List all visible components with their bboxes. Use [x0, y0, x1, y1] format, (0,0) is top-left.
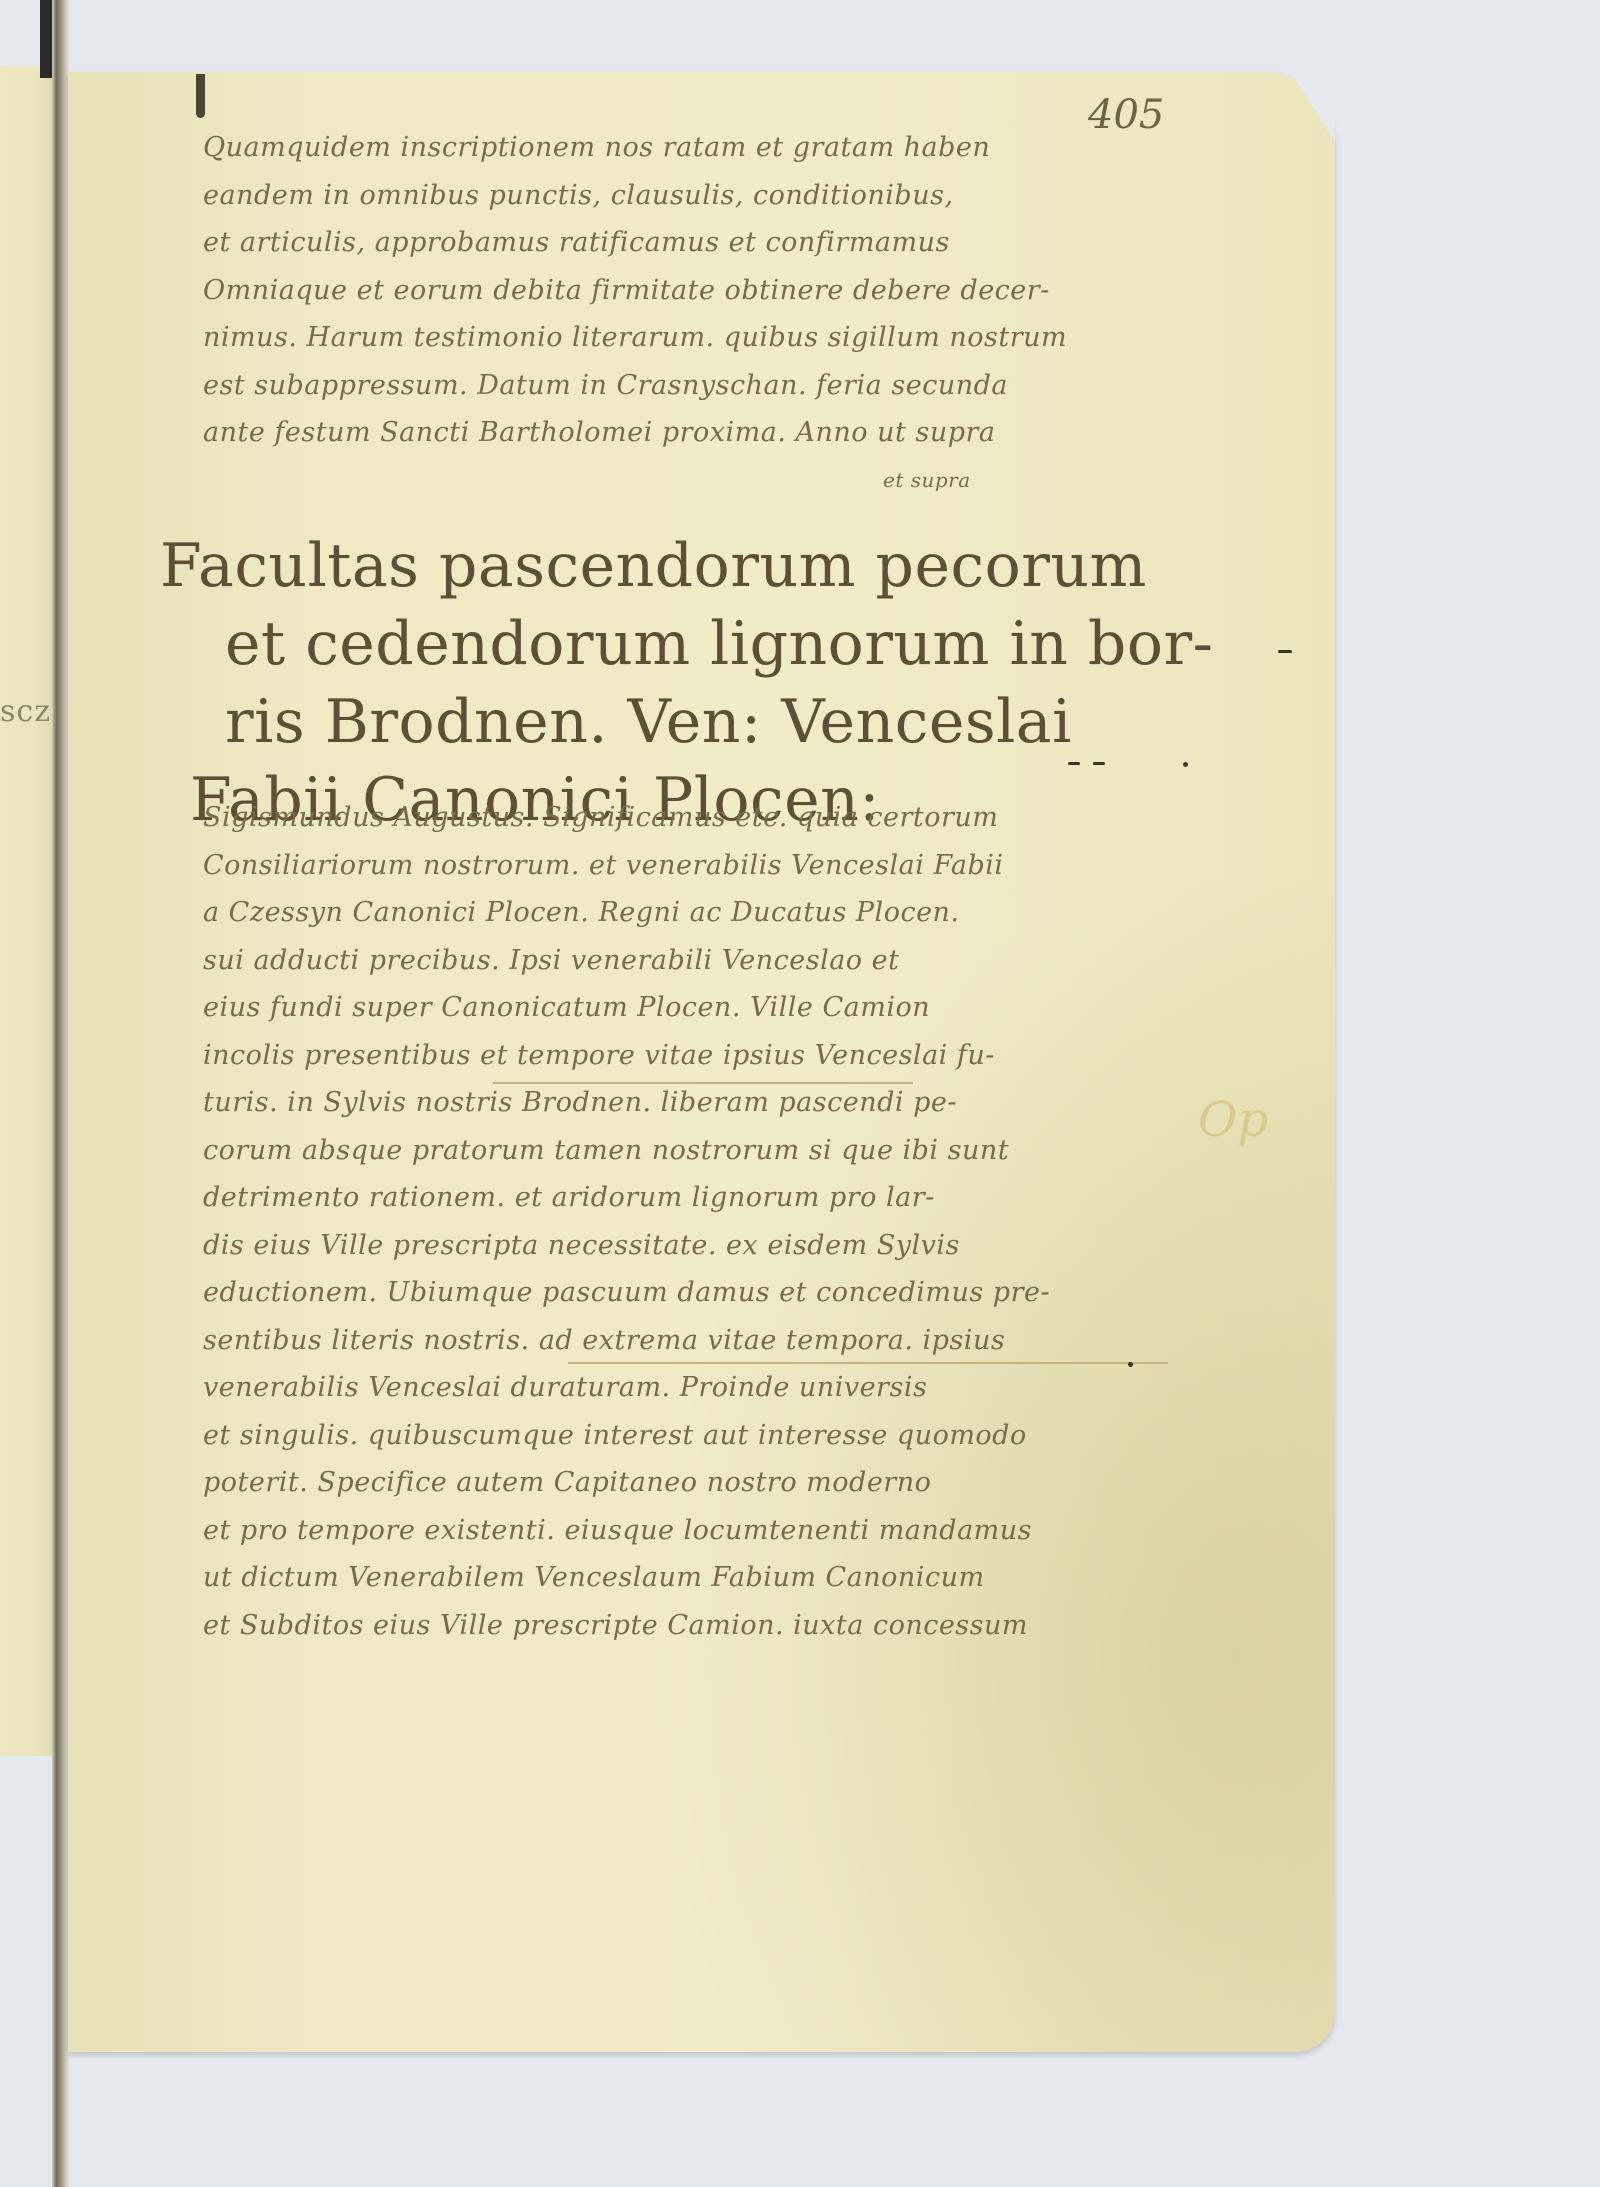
margin-dash: [1278, 650, 1292, 653]
text-line: a Czessyn Canonici Plocen. Regni ac Duca…: [203, 889, 1203, 937]
margin-dot: [1183, 762, 1188, 767]
text-line: ut dictum Venerabilem Venceslaum Fabium …: [203, 1554, 1203, 1602]
text-line: et Subditos eius Ville prescripte Camion…: [203, 1602, 1203, 1650]
text-line: corum absque pratorum tamen nostrorum si…: [203, 1127, 1203, 1175]
text-line: detrimento rationem. et aridorum lignoru…: [203, 1174, 1203, 1222]
marginal-note: Op: [1198, 1092, 1268, 1148]
text-line: et pro tempore existenti. eiusque locumt…: [203, 1507, 1203, 1555]
text-line: Omniaque et eorum debita firmitate obtin…: [203, 267, 1203, 315]
manuscript-page: 405 Quamquidem inscriptionem nos ratam e…: [68, 72, 1335, 2052]
ink-mark: [196, 74, 205, 118]
margin-dot: [1128, 1362, 1133, 1367]
text-line-supra: et supra: [203, 457, 1203, 505]
text-line: ante festum Sancti Bartholomei proxima. …: [203, 409, 1203, 457]
text-line: eductionem. Ubiumque pascuum damus et co…: [203, 1269, 1203, 1317]
facing-page-edge: scz: [0, 66, 54, 1756]
text-line: poterit. Specifice autem Capitaneo nostr…: [203, 1459, 1203, 1507]
text-line: eandem in omnibus punctis, clausulis, co…: [203, 172, 1203, 220]
text-line: Quamquidem inscriptionem nos ratam et gr…: [203, 124, 1203, 172]
text-line: nimus. Harum testimonio literarum. quibu…: [203, 314, 1203, 362]
text-line: turis. in Sylvis nostris Brodnen. libera…: [203, 1079, 1203, 1127]
text-line: et singulis. quibuscumque interest aut i…: [203, 1412, 1203, 1460]
text-line: et articulis, approbamus ratificamus et …: [203, 219, 1203, 267]
heading-line: Facultas pascendorum pecorum: [160, 527, 1210, 605]
charter-paragraph: Sigismundus Augustus. Significamus etc. …: [203, 794, 1203, 1649]
section-heading: Facultas pascendorum pecorum et cedendor…: [160, 527, 1210, 839]
underline-annotation: [493, 1082, 913, 1084]
text-line: venerabilis Venceslai duraturam. Proinde…: [203, 1364, 1203, 1412]
text-line: Consiliariorum nostrorum. et venerabilis…: [203, 842, 1203, 890]
facing-page-text-fragment: scz: [0, 694, 51, 729]
margin-dash: [1068, 762, 1080, 765]
heading-line: ris Brodnen. Ven: Venceslai: [160, 683, 1210, 761]
paragraph-continuation: Quamquidem inscriptionem nos ratam et gr…: [203, 124, 1203, 504]
text-line: incolis presentibus et tempore vitae ips…: [203, 1032, 1203, 1080]
text-line: dis eius Ville prescripta necessitate. e…: [203, 1222, 1203, 1270]
text-line: est subappressum. Datum in Crasnyschan. …: [203, 362, 1203, 410]
heading-line: et cedendorum lignorum in bor-: [160, 605, 1210, 683]
text-line: sui adducti precibus. Ipsi venerabili Ve…: [203, 937, 1203, 985]
text-line: eius fundi super Canonicatum Plocen. Vil…: [203, 984, 1203, 1032]
margin-dash: [1093, 762, 1105, 765]
text-line: Sigismundus Augustus. Significamus etc. …: [203, 794, 1203, 842]
text-line: sentibus literis nostris. ad extrema vit…: [203, 1317, 1203, 1365]
underline-annotation: [568, 1362, 1168, 1364]
